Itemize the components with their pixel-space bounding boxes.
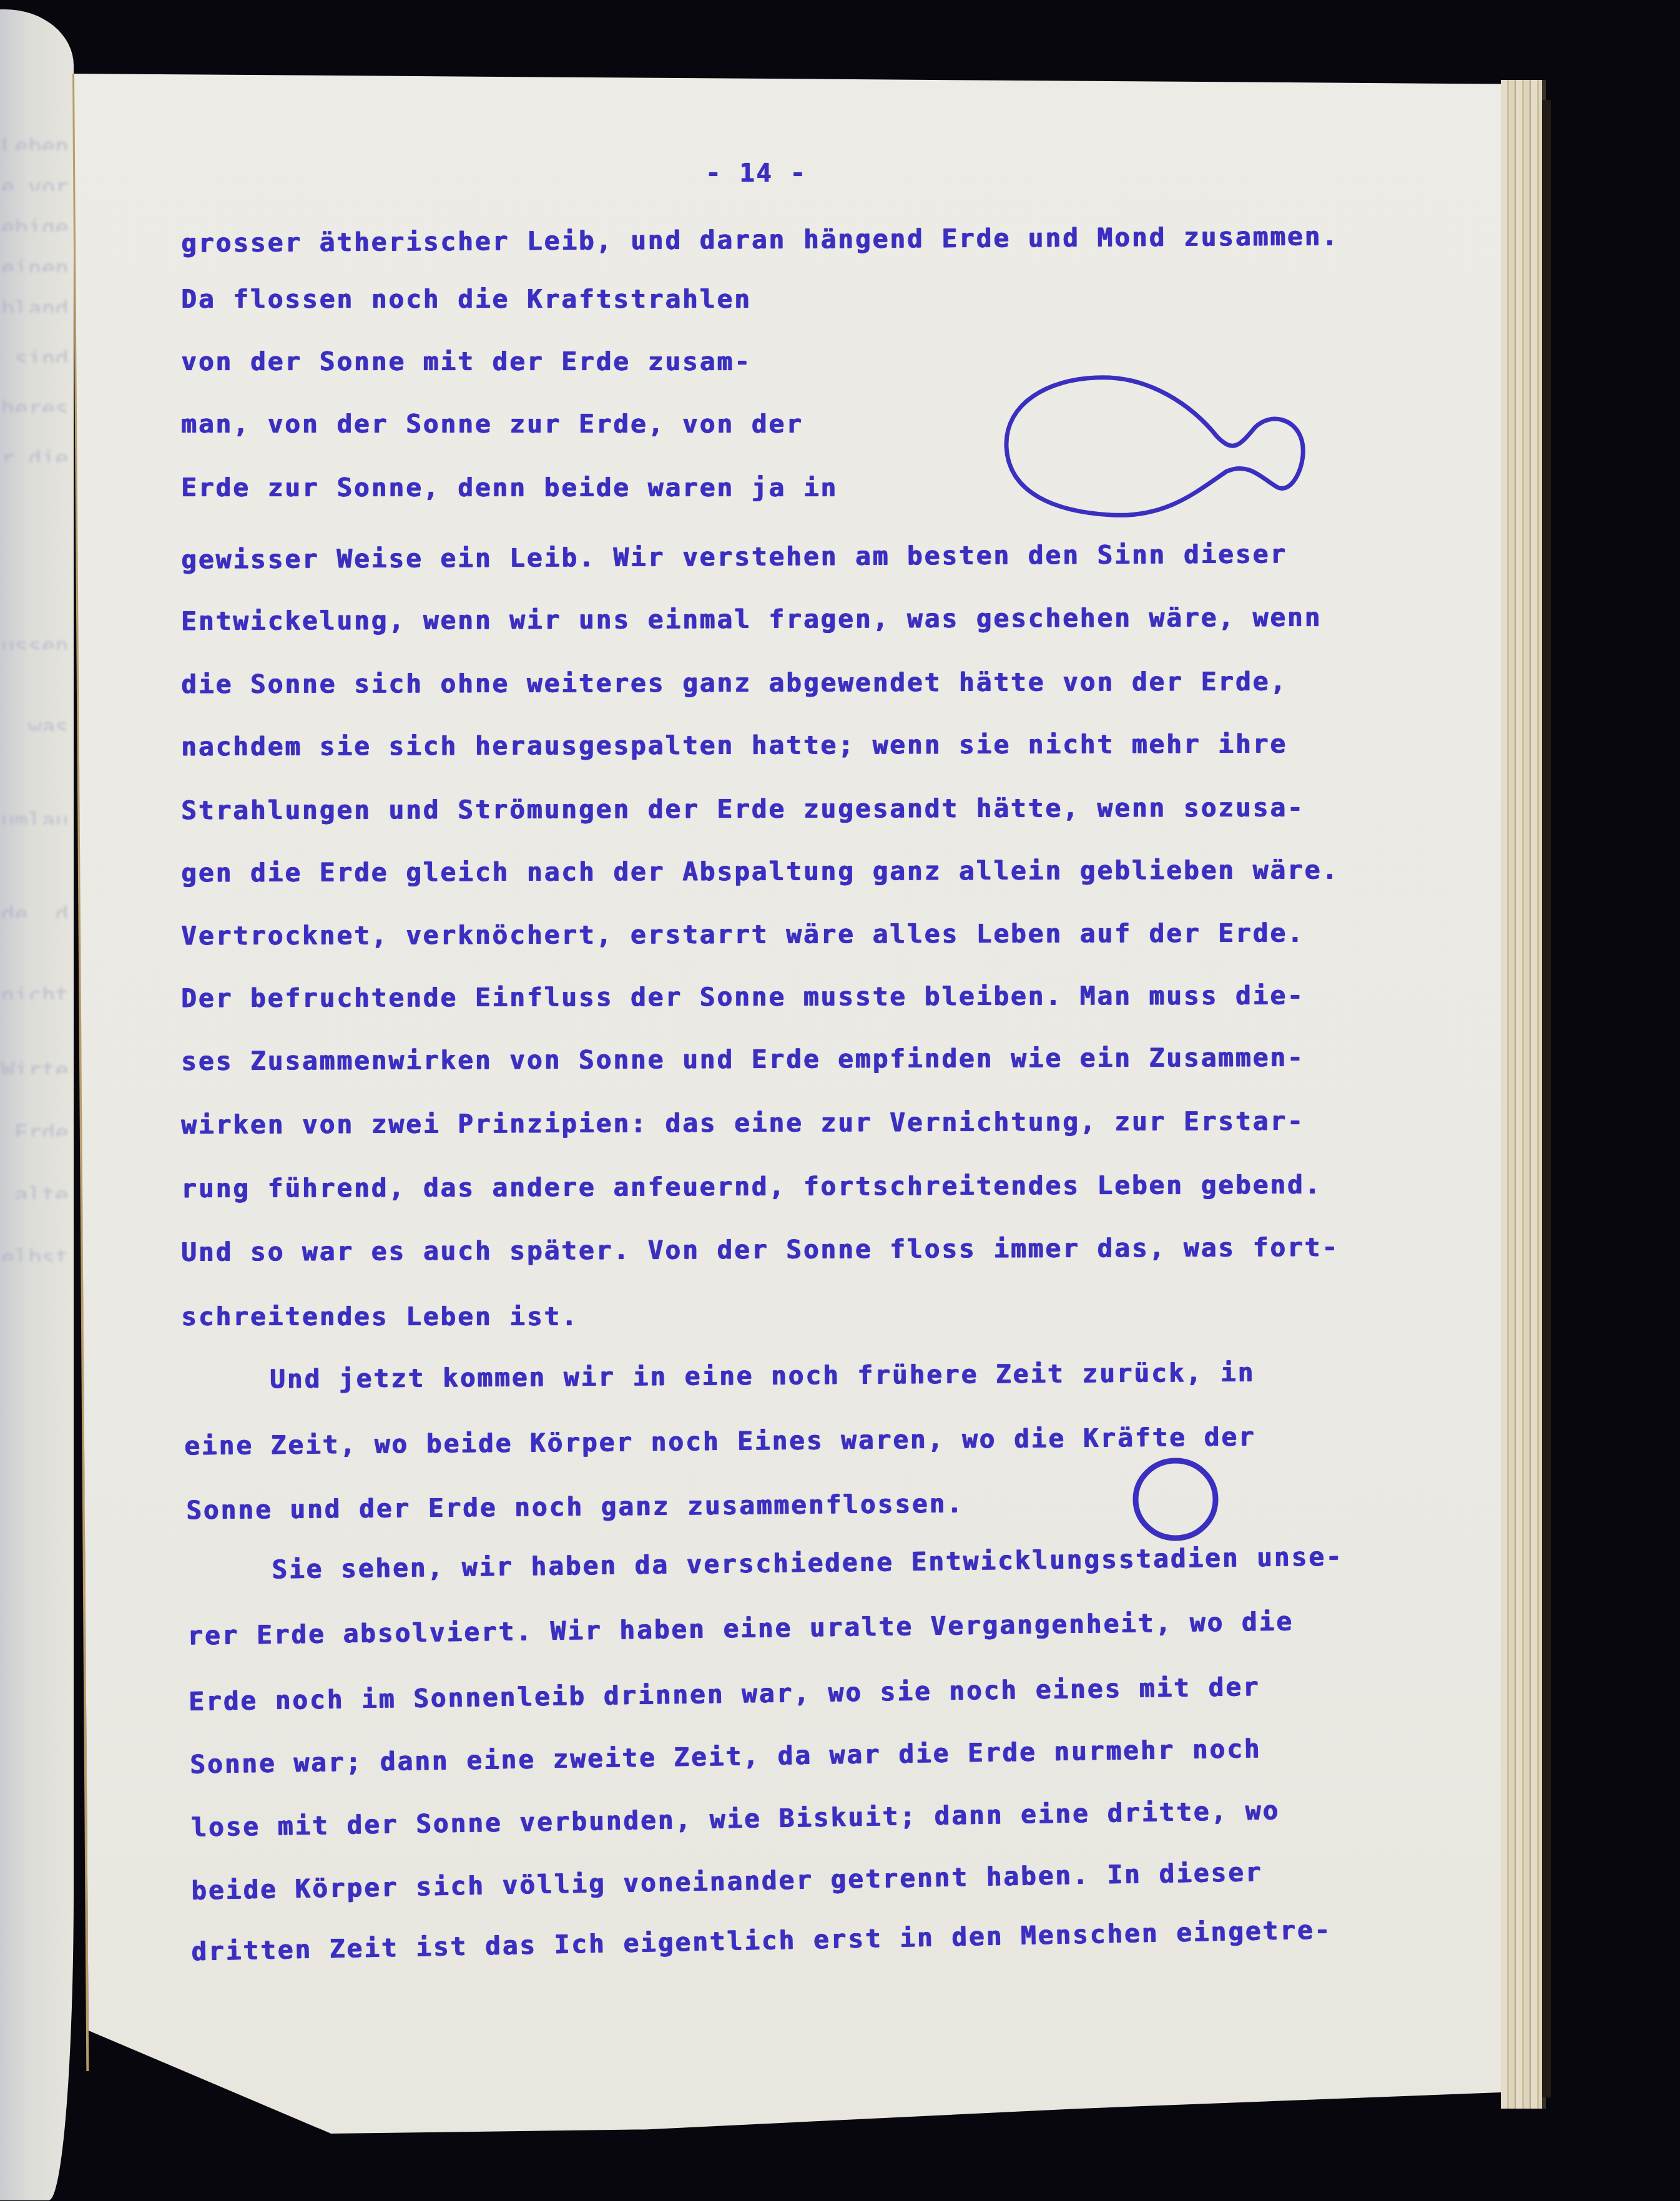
ghost-text-line: was nicht	[0, 983, 69, 999]
ghost-text-line: seinen	[0, 256, 69, 272]
biscuit-shape-diagram-icon	[986, 368, 1324, 518]
ghost-text-line: die Erde	[0, 1120, 69, 1137]
text-line: Und so war es auch später. Von der Sonne…	[181, 1232, 1339, 1267]
text-line: Entwickelung, wenn wir uns einmal fragen…	[181, 602, 1322, 636]
text-line: gewisser Weise ein Leib. Wir verstehen a…	[181, 539, 1287, 574]
text-line: ses Zusammenwirken von Sonne und Erde em…	[181, 1042, 1305, 1076]
ghost-text-line: er Wirte	[0, 1058, 69, 1074]
text-line: Da flossen noch die Kraftstrahlen	[181, 284, 752, 314]
text-line: nachdem sie sich herausgespalten hatte; …	[181, 729, 1287, 762]
ghost-text-line: vor die	[0, 446, 69, 463]
ghost-text-line: aussen	[0, 634, 69, 650]
text-line: rung führend, das andere anfeuernd, fort…	[181, 1170, 1322, 1203]
text-line: man, von der Sonne zur Erde, von der	[181, 409, 803, 439]
text-line: die Sonne sich ohne weiteres ganz abgewe…	[181, 667, 1287, 700]
book-cover-edge	[1542, 100, 1551, 2097]
ghost-text-line: bland	[0, 297, 69, 313]
ghost-text-line: in umlau	[0, 808, 69, 825]
left-facing-page: Leben die vor ebige seinen bland sind he…	[0, 9, 74, 2200]
text-line: Vertrocknet, verknöchert, erstarrt wäre …	[181, 918, 1305, 951]
ghost-text-line: ebige	[0, 215, 69, 232]
ghost-text-line: die alte	[0, 1183, 69, 1199]
circle-diagram-icon	[1127, 1454, 1227, 1548]
text-line: wirken von zwei Prinzipien: das eine zur…	[181, 1106, 1305, 1140]
ghost-text-line: heres	[0, 396, 69, 413]
text-line: von der Sonne mit der Erde zusam-	[181, 346, 752, 376]
text-line: schreitendes Leben ist.	[181, 1301, 579, 1331]
text-line: Strahlungen und Strömungen der Erde zuge…	[181, 793, 1305, 826]
page-block-edges	[1501, 80, 1546, 2109]
ghost-text-line: Leben	[0, 134, 69, 150]
ghost-text-line: sind	[0, 346, 69, 363]
page-number: - 14 -	[705, 159, 807, 188]
ghost-text-line: e Erde. d	[0, 902, 69, 918]
text-line: Der befruchtende Einfluss der Sonne muss…	[181, 981, 1305, 1014]
ghost-text-line: die vor	[0, 175, 69, 191]
ghost-text-line: die, was	[0, 715, 69, 731]
ghost-text-line: Selbst	[0, 1245, 69, 1262]
text-line: Erde zur Sonne, denn beide waren ja in	[181, 473, 838, 502]
text-line: gen die Erde gleich nach der Abspaltung …	[181, 855, 1339, 888]
